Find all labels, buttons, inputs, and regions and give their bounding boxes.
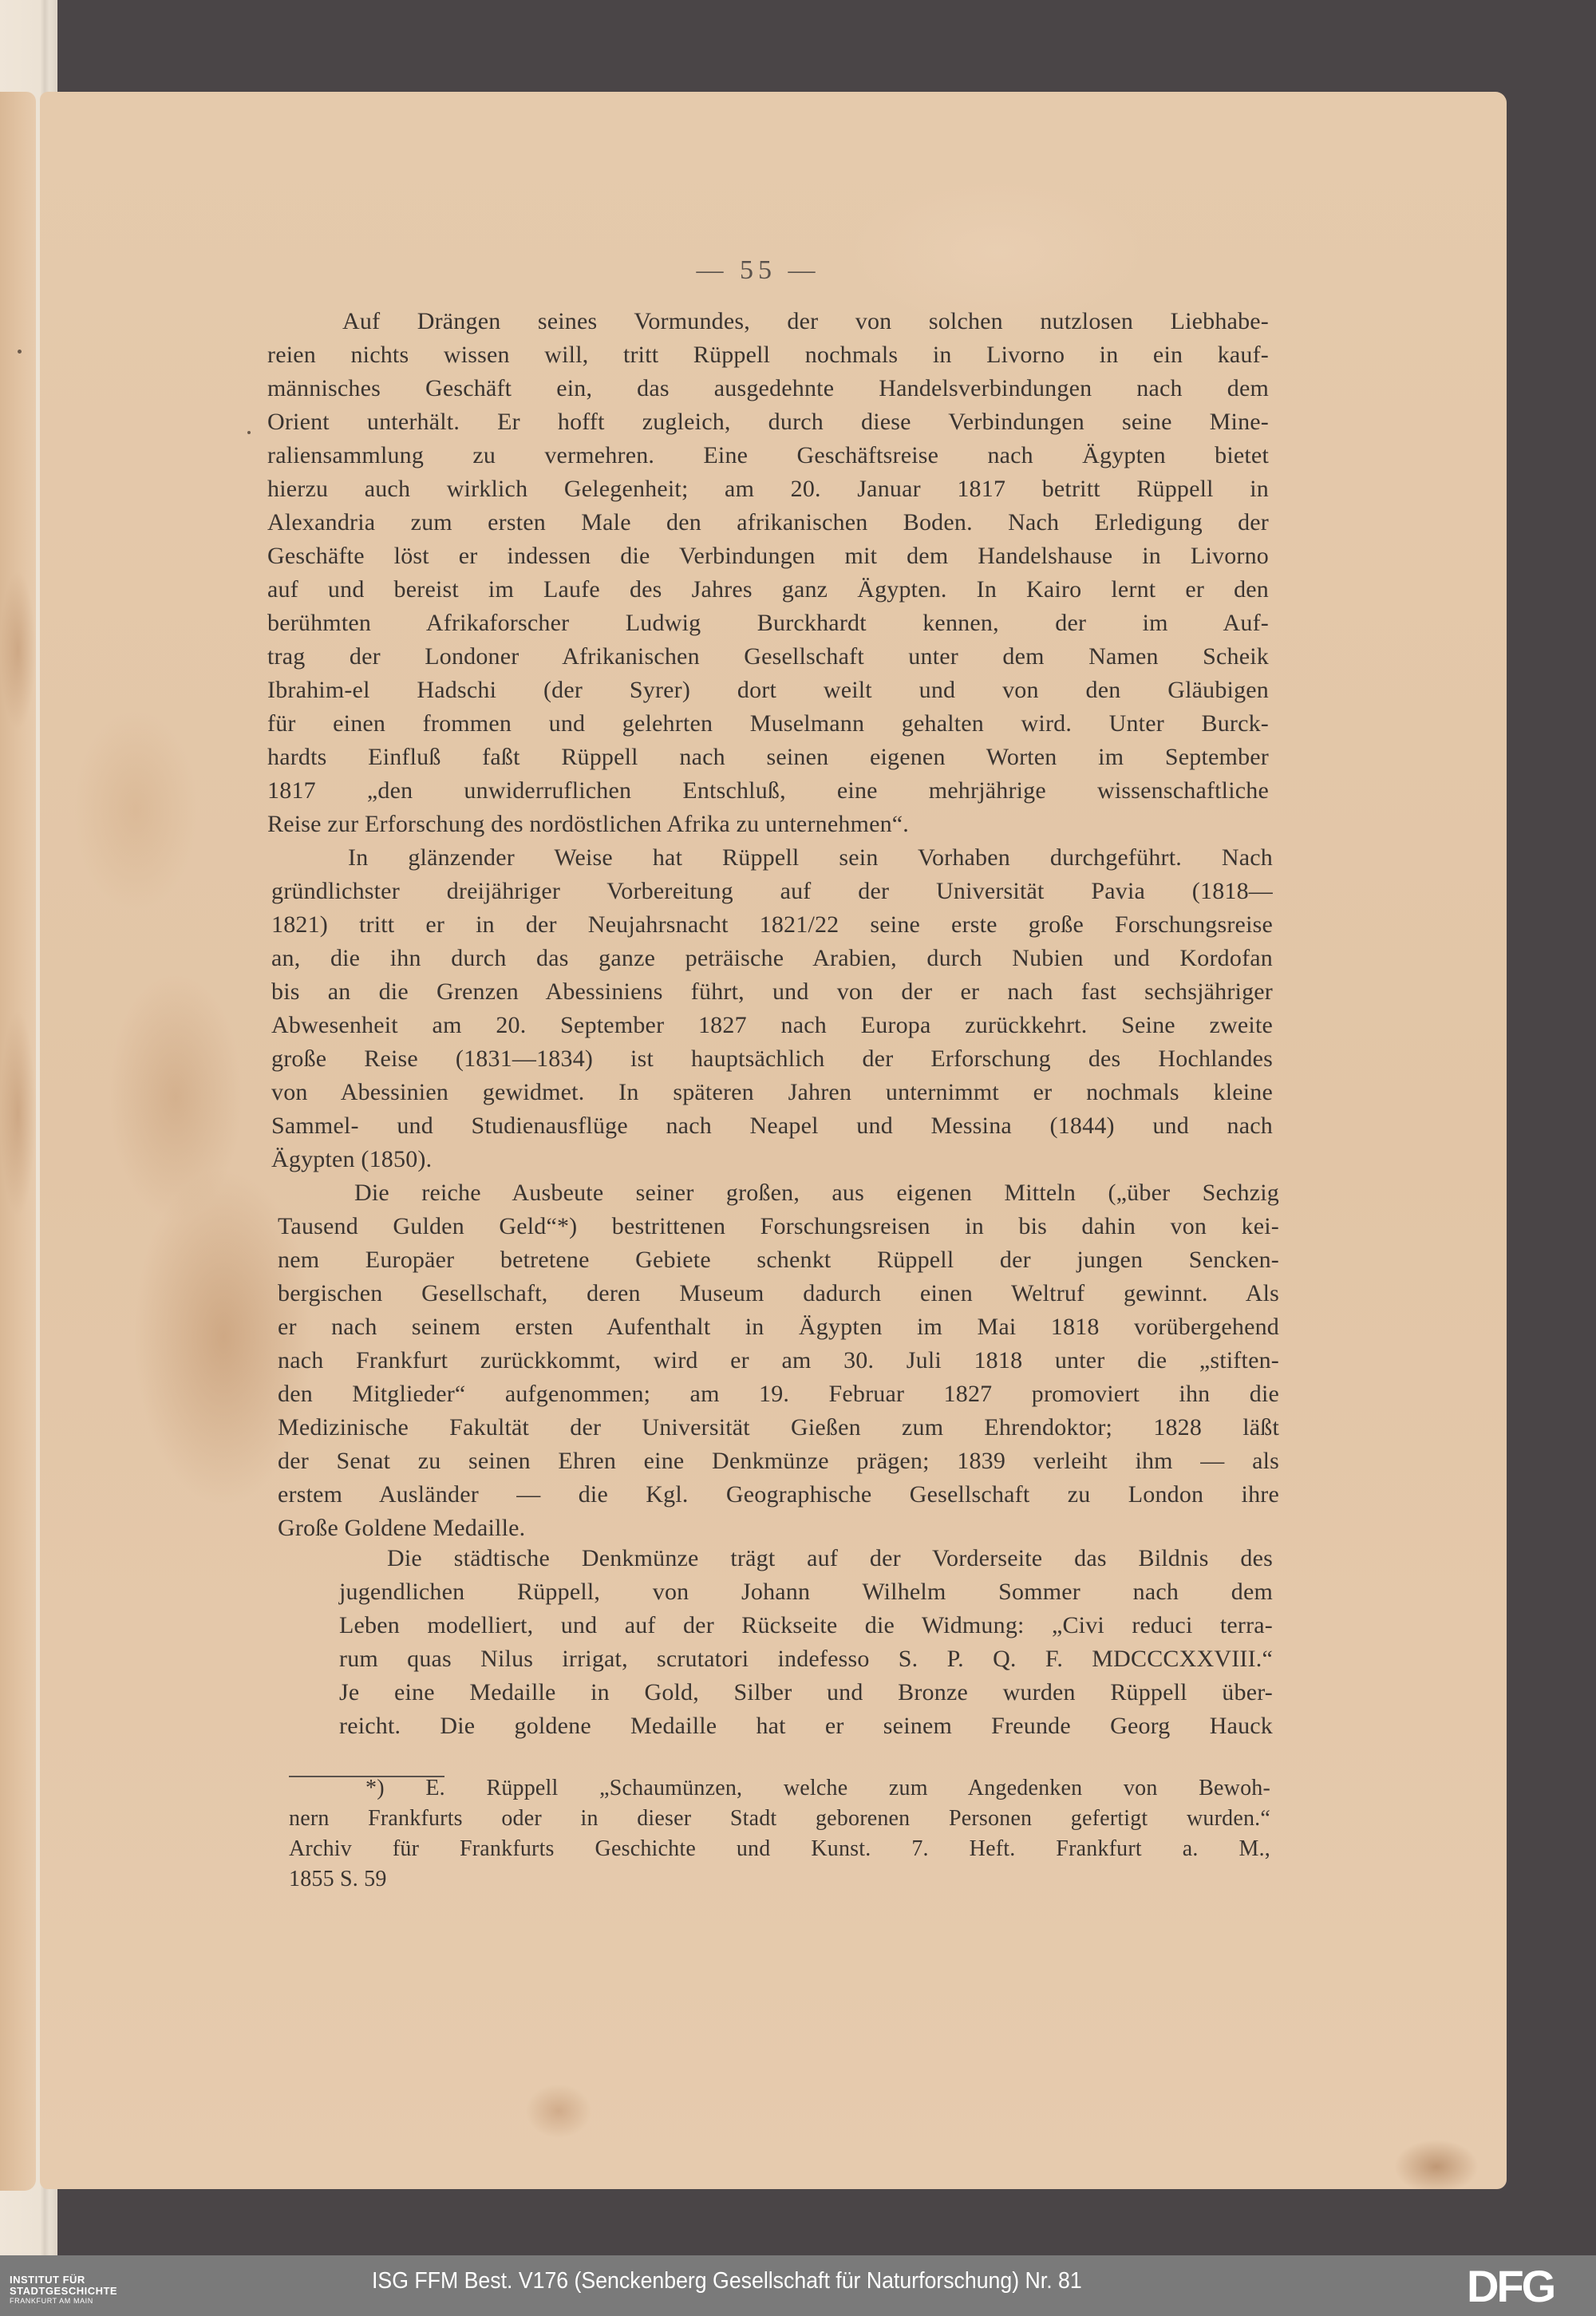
page-number: — 55 — [670,254,846,287]
footnote: *) E. Rüppell „Schaumünzen, welche zum A… [289,1773,1270,1895]
text-line: Tausend Gulden Geld“*) bestrittenen Fors… [278,1210,1279,1243]
text-line: Je eine Medaille in Gold, Silber und Bro… [339,1676,1273,1709]
text-line: auf und bereist im Laufe des Jahres ganz… [267,573,1269,607]
logo-line-2: STADTGESCHICHTE [10,2286,117,2297]
text-line: bis an die Grenzen Abessiniens führt, un… [271,975,1273,1009]
text-line: männisches Geschäft ein, das ausgedehnte… [267,372,1269,405]
text-line: jugendlichen Rüppell, von Johann Wilhelm… [339,1575,1273,1609]
text-line: 1817 „den unwiderruflichen Entschluß, ei… [267,774,1269,808]
logo-line-3: FRANKFURT AM MAIN [10,2297,117,2306]
text-line: bergischen Gesellschaft, deren Museum da… [278,1277,1279,1310]
footnote-line: Archiv für Frankfurts Geschichte und Kun… [289,1834,1270,1864]
paragraph-3: Die reiche Ausbeute seiner großen, aus e… [278,1176,1279,1545]
text-line: Orient unterhält. Er hofft zugleich, dur… [267,405,1269,439]
archive-reference-caption: ISG FFM Best. V176 (Senckenberg Gesellsc… [372,2265,1082,2297]
paragraph-1: Auf Drängen seines Vormundes, der von so… [267,305,1269,841]
text-line: gründlichster dreijähriger Vorbereitung … [271,875,1273,908]
text-line: Die reiche Ausbeute seiner großen, aus e… [278,1176,1279,1210]
text-line: nem Europäer betretene Gebiete schenkt R… [278,1243,1279,1277]
text-line: rum quas Nilus irrigat, scrutatori indef… [339,1642,1273,1676]
dfg-logo[interactable]: DFG [1467,2263,1554,2310]
text-line: reicht. Die goldene Medaille hat er sein… [339,1709,1273,1743]
text-line: trag der Londoner Afrikanischen Gesellsc… [267,640,1269,674]
previous-page-edge [0,92,36,2191]
text-line: Große Goldene Medaille. [278,1512,1279,1545]
text-line: Ägypten (1850). [271,1143,1273,1176]
text-line: Medizinische Fakultät der Universität Gi… [278,1411,1279,1445]
paper-speck [18,350,22,354]
text-line: hardts Einfluß faßt Rüppell nach seinen … [267,741,1269,774]
text-line: In glänzender Weise hat Rüppell sein Vor… [271,841,1273,875]
text-line: von Abessinien gewidmet. In späteren Jah… [271,1076,1273,1109]
text-line: für einen frommen und gelehrten Muselman… [267,707,1269,741]
footnote-line: nern Frankfurts oder in dieser Stadt geb… [289,1804,1270,1834]
text-line: an, die ihn durch das ganze peträische A… [271,942,1273,975]
text-line: Abwesenheit am 20. September 1827 nach E… [271,1009,1273,1042]
logo-line-1: INSTITUT FÜR [10,2275,117,2286]
text-line: raliensammlung zu vermehren. Eine Geschä… [267,439,1269,472]
text-line: Auf Drängen seines Vormundes, der von so… [267,305,1269,338]
text-line: reien nichts wissen will, tritt Rüppell … [267,338,1269,372]
text-line: erstem Ausländer — die Kgl. Geographisch… [278,1478,1279,1512]
text-line: Sammel- und Studienausflüge nach Neapel … [271,1109,1273,1143]
text-line: große Reise (1831—1834) ist hauptsächlic… [271,1042,1273,1076]
text-line: Ibrahim-el Hadschi (der Syrer) dort weil… [267,674,1269,707]
paragraph-2: In glänzender Weise hat Rüppell sein Vor… [271,841,1273,1176]
text-line: Die städtische Denkmünze trägt auf der V… [339,1542,1273,1575]
text-line: Leben modelliert, und auf der Rückseite … [339,1609,1273,1642]
institut-fuer-stadtgeschichte-logo[interactable]: INSTITUT FÜR STADTGESCHICHTE FRANKFURT A… [10,2275,117,2306]
text-line: der Senat zu seinen Ehren eine Denkmünze… [278,1445,1279,1478]
text-line: Alexandria zum ersten Male den afrikanis… [267,506,1269,539]
paragraph-4: Die städtische Denkmünze trägt auf der V… [339,1542,1273,1743]
text-line: nach Frankfurt zurückkommt, wird er am 3… [278,1344,1279,1377]
text-line: 1821) tritt er in der Neujahrsnacht 1821… [271,908,1273,942]
paper-speck [247,431,251,434]
text-line: den Mitglieder“ aufgenommen; am 19. Febr… [278,1377,1279,1411]
text-line: Geschäfte löst er indessen die Verbindun… [267,539,1269,573]
text-line: Reise zur Erforschung des nordöstlichen … [267,808,1269,841]
footnote-line: *) E. Rüppell „Schaumünzen, welche zum A… [289,1773,1270,1804]
text-line: berühmten Afrikaforscher Ludwig Burckhar… [267,607,1269,640]
text-line: hierzu auch wirklich Gelegenheit; am 20.… [267,472,1269,506]
text-line: er nach seinem ersten Aufenthalt in Ägyp… [278,1310,1279,1344]
footnote-line: 1855 S. 59 [289,1864,1270,1895]
